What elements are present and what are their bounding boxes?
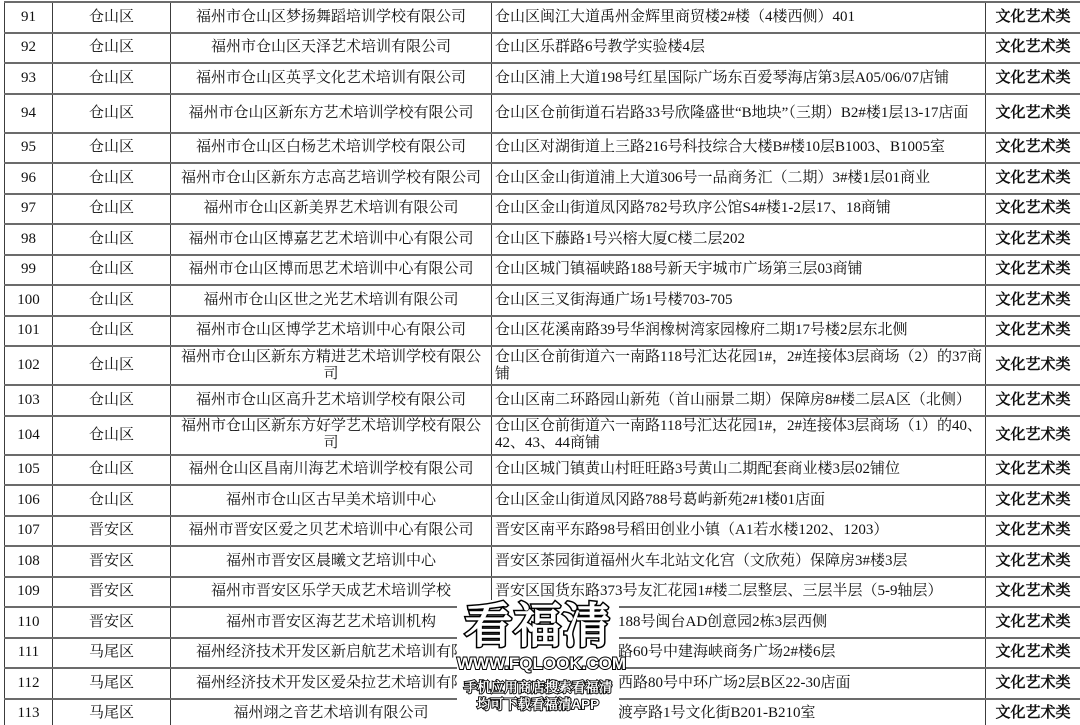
cell-category: 文化艺术类 xyxy=(986,385,1080,416)
cell-district: 晋安区 xyxy=(53,546,171,577)
table-row: 106仓山区福州市仓山区古早美术培训中心仓山区金山街道凤冈路788号葛屿新苑2#… xyxy=(5,485,1080,516)
cell-num: 109 xyxy=(5,577,53,608)
cell-district: 仓山区 xyxy=(53,255,171,286)
cell-address: 仓山区浦上大道198号红星国际广场东百爱琴海店第3层A05/06/07店铺 xyxy=(492,63,986,94)
cell-name: 福州市仓山区新东方艺术培训学校有限公司 xyxy=(171,94,492,133)
cell-category: 文化艺术类 xyxy=(986,668,1080,699)
watermark-slogan-line1: 手机应用商店搜索看福清 xyxy=(457,679,619,696)
cell-district: 仓山区 xyxy=(53,485,171,516)
cell-num: 108 xyxy=(5,546,53,577)
cell-address: 仓山区仓前街道六一南路118号汇达花园1#，2#连接体3层商场（1）的40、42… xyxy=(492,416,986,455)
cell-category: 文化艺术类 xyxy=(986,516,1080,547)
cell-name: 福州市仓山区新东方好学艺术培训学校有限公司 xyxy=(171,416,492,455)
cell-name: 福州市晋安区乐学天成艺术培训学校 xyxy=(171,577,492,608)
cell-category: 文化艺术类 xyxy=(986,485,1080,516)
cell-address: 仓山区三叉街海通广场1号楼703-705 xyxy=(492,285,986,316)
cell-num: 95 xyxy=(5,133,53,164)
table-row: 103仓山区福州市仓山区高升艺术培训学校有限公司仓山区南二环路园山新苑（首山丽景… xyxy=(5,385,1080,416)
cell-name: 福州市晋安区海艺艺术培训机构 xyxy=(171,607,492,638)
watermark: 看福清 WWW.FQLOOK.COM 手机应用商店搜索看福清 均可下载看福清AP… xyxy=(457,600,619,725)
cell-num: 96 xyxy=(5,163,53,194)
cell-num: 102 xyxy=(5,346,53,385)
cell-district: 仓山区 xyxy=(53,224,171,255)
table-row: 94仓山区福州市仓山区新东方艺术培训学校有限公司仓山区仓前街道石岩路33号欣隆盛… xyxy=(5,94,1080,133)
cell-address: 仓山区仓前街道石岩路33号欣隆盛世“B地块”（三期）B2#楼1层13-17店面 xyxy=(492,94,986,133)
cell-num: 92 xyxy=(5,33,53,64)
cell-name: 福州仓山区昌南川海艺术培训学校有限公司 xyxy=(171,455,492,486)
cell-category: 文化艺术类 xyxy=(986,94,1080,133)
cell-district: 仓山区 xyxy=(53,285,171,316)
table-row: 100仓山区福州市仓山区世之光艺术培训有限公司仓山区三叉街海通广场1号楼703-… xyxy=(5,285,1080,316)
cell-district: 晋安区 xyxy=(53,577,171,608)
cell-name: 福州市晋安区晨曦文艺培训中心 xyxy=(171,546,492,577)
cell-category: 文化艺术类 xyxy=(986,33,1080,64)
cell-category: 文化艺术类 xyxy=(986,316,1080,347)
cell-name: 福州市仓山区新东方精进艺术培训学校有限公司 xyxy=(171,346,492,385)
cell-district: 仓山区 xyxy=(53,385,171,416)
cell-name: 福州市仓山区世之光艺术培训有限公司 xyxy=(171,285,492,316)
cell-address: 仓山区花溪南路39号华润橡树湾家园橡府二期17号楼2层东北侧 xyxy=(492,316,986,347)
cell-category: 文化艺术类 xyxy=(986,224,1080,255)
cell-address: 仓山区金山街道凤冈路782号玖序公馆S4#楼1-2层17、18商铺 xyxy=(492,194,986,225)
cell-district: 马尾区 xyxy=(53,699,171,725)
cell-name: 福州市仓山区天泽艺术培训有限公司 xyxy=(171,33,492,64)
cell-district: 马尾区 xyxy=(53,638,171,669)
cell-district: 晋安区 xyxy=(53,607,171,638)
table-row: 91仓山区福州市仓山区梦扬舞蹈培训学校有限公司仓山区闽江大道禹州金辉里商贸楼2#… xyxy=(5,2,1080,33)
cell-name: 福州市仓山区梦扬舞蹈培训学校有限公司 xyxy=(171,2,492,33)
cell-num: 93 xyxy=(5,63,53,94)
table-row: 102仓山区福州市仓山区新东方精进艺术培训学校有限公司仓山区仓前街道六一南路11… xyxy=(5,346,1080,385)
cell-category: 文化艺术类 xyxy=(986,194,1080,225)
watermark-logo-text: 看福清 xyxy=(457,601,619,653)
cell-num: 106 xyxy=(5,485,53,516)
cell-num: 98 xyxy=(5,224,53,255)
cell-name: 福州市仓山区博而思艺术培训中心有限公司 xyxy=(171,255,492,286)
cell-name: 福州市晋安区爱之贝艺术培训中心有限公司 xyxy=(171,516,492,547)
table-row: 104仓山区福州市仓山区新东方好学艺术培训学校有限公司仓山区仓前街道六一南路11… xyxy=(5,416,1080,455)
cell-district: 晋安区 xyxy=(53,516,171,547)
cell-name: 福州市仓山区古早美术培训中心 xyxy=(171,485,492,516)
cell-num: 100 xyxy=(5,285,53,316)
table-row: 98仓山区福州市仓山区博嘉艺艺术培训中心有限公司仓山区下藤路1号兴榕大厦C楼二层… xyxy=(5,224,1080,255)
cell-num: 99 xyxy=(5,255,53,286)
cell-name: 福州市仓山区新美界艺术培训有限公司 xyxy=(171,194,492,225)
cell-category: 文化艺术类 xyxy=(986,133,1080,164)
cell-address: 仓山区乐群路6号教学实验楼4层 xyxy=(492,33,986,64)
cell-district: 马尾区 xyxy=(53,668,171,699)
cell-category: 文化艺术类 xyxy=(986,546,1080,577)
cell-address: 仓山区南二环路园山新苑（首山丽景二期）保障房8#楼二层A区（北侧） xyxy=(492,385,986,416)
cell-district: 仓山区 xyxy=(53,94,171,133)
watermark-slogan-line2: 均可下载看福清APP xyxy=(457,696,619,713)
cell-category: 文化艺术类 xyxy=(986,455,1080,486)
cell-category: 文化艺术类 xyxy=(986,416,1080,455)
cell-name: 福州翊之音艺术培训有限公司 xyxy=(171,699,492,725)
cell-address: 仓山区下藤路1号兴榕大厦C楼二层202 xyxy=(492,224,986,255)
cell-district: 仓山区 xyxy=(53,2,171,33)
table-row: 101仓山区福州市仓山区博学艺术培训中心有限公司仓山区花溪南路39号华润橡树湾家… xyxy=(5,316,1080,347)
table-row: 96仓山区福州市仓山区新东方志高艺培训学校有限公司仓山区金山街道浦上大道306号… xyxy=(5,163,1080,194)
cell-address: 仓山区城门镇黄山村旺旺路3号黄山二期配套商业楼3层02铺位 xyxy=(492,455,986,486)
cell-district: 仓山区 xyxy=(53,63,171,94)
cell-category: 文化艺术类 xyxy=(986,2,1080,33)
table-row: 107晋安区福州市晋安区爱之贝艺术培训中心有限公司晋安区南平东路98号稻田创业小… xyxy=(5,516,1080,547)
cell-num: 107 xyxy=(5,516,53,547)
cell-category: 文化艺术类 xyxy=(986,255,1080,286)
cell-address: 仓山区城门镇福峡路188号新天宇城市广场第三层03商铺 xyxy=(492,255,986,286)
cell-district: 仓山区 xyxy=(53,194,171,225)
cell-address: 仓山区金山街道浦上大道306号一品商务汇（二期）3#楼1层01商业 xyxy=(492,163,986,194)
table-row: 93仓山区福州市仓山区英孚文化艺术培训有限公司仓山区浦上大道198号红星国际广场… xyxy=(5,63,1080,94)
cell-district: 仓山区 xyxy=(53,455,171,486)
cell-address: 仓山区对湖街道上三路216号科技综合大楼B#楼10层B1003、B1005室 xyxy=(492,133,986,164)
cell-name: 福州市仓山区博学艺术培训中心有限公司 xyxy=(171,316,492,347)
table-row: 97仓山区福州市仓山区新美界艺术培训有限公司仓山区金山街道凤冈路782号玖序公馆… xyxy=(5,194,1080,225)
table-row: 92仓山区福州市仓山区天泽艺术培训有限公司仓山区乐群路6号教学实验楼4层文化艺术… xyxy=(5,33,1080,64)
cell-category: 文化艺术类 xyxy=(986,63,1080,94)
table-row: 95仓山区福州市仓山区白杨艺术培训学校有限公司仓山区对湖街道上三路216号科技综… xyxy=(5,133,1080,164)
document-page: 91仓山区福州市仓山区梦扬舞蹈培训学校有限公司仓山区闽江大道禹州金辉里商贸楼2#… xyxy=(0,0,1080,725)
cell-name: 福州市仓山区新东方志高艺培训学校有限公司 xyxy=(171,163,492,194)
cell-num: 104 xyxy=(5,416,53,455)
cell-address: 仓山区金山街道凤冈路788号葛屿新苑2#1楼01店面 xyxy=(492,485,986,516)
table-row: 99仓山区福州市仓山区博而思艺术培训中心有限公司仓山区城门镇福峡路188号新天宇… xyxy=(5,255,1080,286)
cell-category: 文化艺术类 xyxy=(986,699,1080,725)
table-row: 105仓山区福州仓山区昌南川海艺术培训学校有限公司仓山区城门镇黄山村旺旺路3号黄… xyxy=(5,455,1080,486)
cell-num: 94 xyxy=(5,94,53,133)
cell-name: 福州经济技术开发区新启航艺术培训有限 xyxy=(171,638,492,669)
cell-num: 105 xyxy=(5,455,53,486)
cell-district: 仓山区 xyxy=(53,416,171,455)
cell-district: 仓山区 xyxy=(53,163,171,194)
cell-category: 文化艺术类 xyxy=(986,346,1080,385)
cell-num: 113 xyxy=(5,699,53,725)
cell-num: 112 xyxy=(5,668,53,699)
cell-num: 101 xyxy=(5,316,53,347)
cell-category: 文化艺术类 xyxy=(986,607,1080,638)
cell-district: 仓山区 xyxy=(53,33,171,64)
cell-address: 晋安区南平东路98号稻田创业小镇（A1若水楼1202、1203） xyxy=(492,516,986,547)
cell-num: 111 xyxy=(5,638,53,669)
cell-district: 仓山区 xyxy=(53,346,171,385)
cell-name: 福州市仓山区白杨艺术培训学校有限公司 xyxy=(171,133,492,164)
cell-num: 110 xyxy=(5,607,53,638)
cell-district: 仓山区 xyxy=(53,133,171,164)
cell-num: 91 xyxy=(5,2,53,33)
table-row: 108晋安区福州市晋安区晨曦文艺培训中心晋安区茶园街道福州火车北站文化宫（文欣苑… xyxy=(5,546,1080,577)
cell-address: 仓山区闽江大道禹州金辉里商贸楼2#楼（4楼西侧）401 xyxy=(492,2,986,33)
cell-category: 文化艺术类 xyxy=(986,577,1080,608)
watermark-website: WWW.FQLOOK.COM xyxy=(457,654,619,673)
cell-category: 文化艺术类 xyxy=(986,285,1080,316)
cell-num: 103 xyxy=(5,385,53,416)
cell-name: 福州市仓山区博嘉艺艺术培训中心有限公司 xyxy=(171,224,492,255)
cell-num: 97 xyxy=(5,194,53,225)
cell-name: 福州市仓山区英孚文化艺术培训有限公司 xyxy=(171,63,492,94)
cell-name: 福州经济技术开发区爱朵拉艺术培训有限 xyxy=(171,668,492,699)
cell-category: 文化艺术类 xyxy=(986,638,1080,669)
cell-address: 仓山区仓前街道六一南路118号汇达花园1#，2#连接体3层商场（2）的37商铺 xyxy=(492,346,986,385)
cell-name: 福州市仓山区高升艺术培训学校有限公司 xyxy=(171,385,492,416)
cell-district: 仓山区 xyxy=(53,316,171,347)
cell-category: 文化艺术类 xyxy=(986,163,1080,194)
cell-address: 晋安区茶园街道福州火车北站文化宫（文欣苑）保障房3#楼3层 xyxy=(492,546,986,577)
